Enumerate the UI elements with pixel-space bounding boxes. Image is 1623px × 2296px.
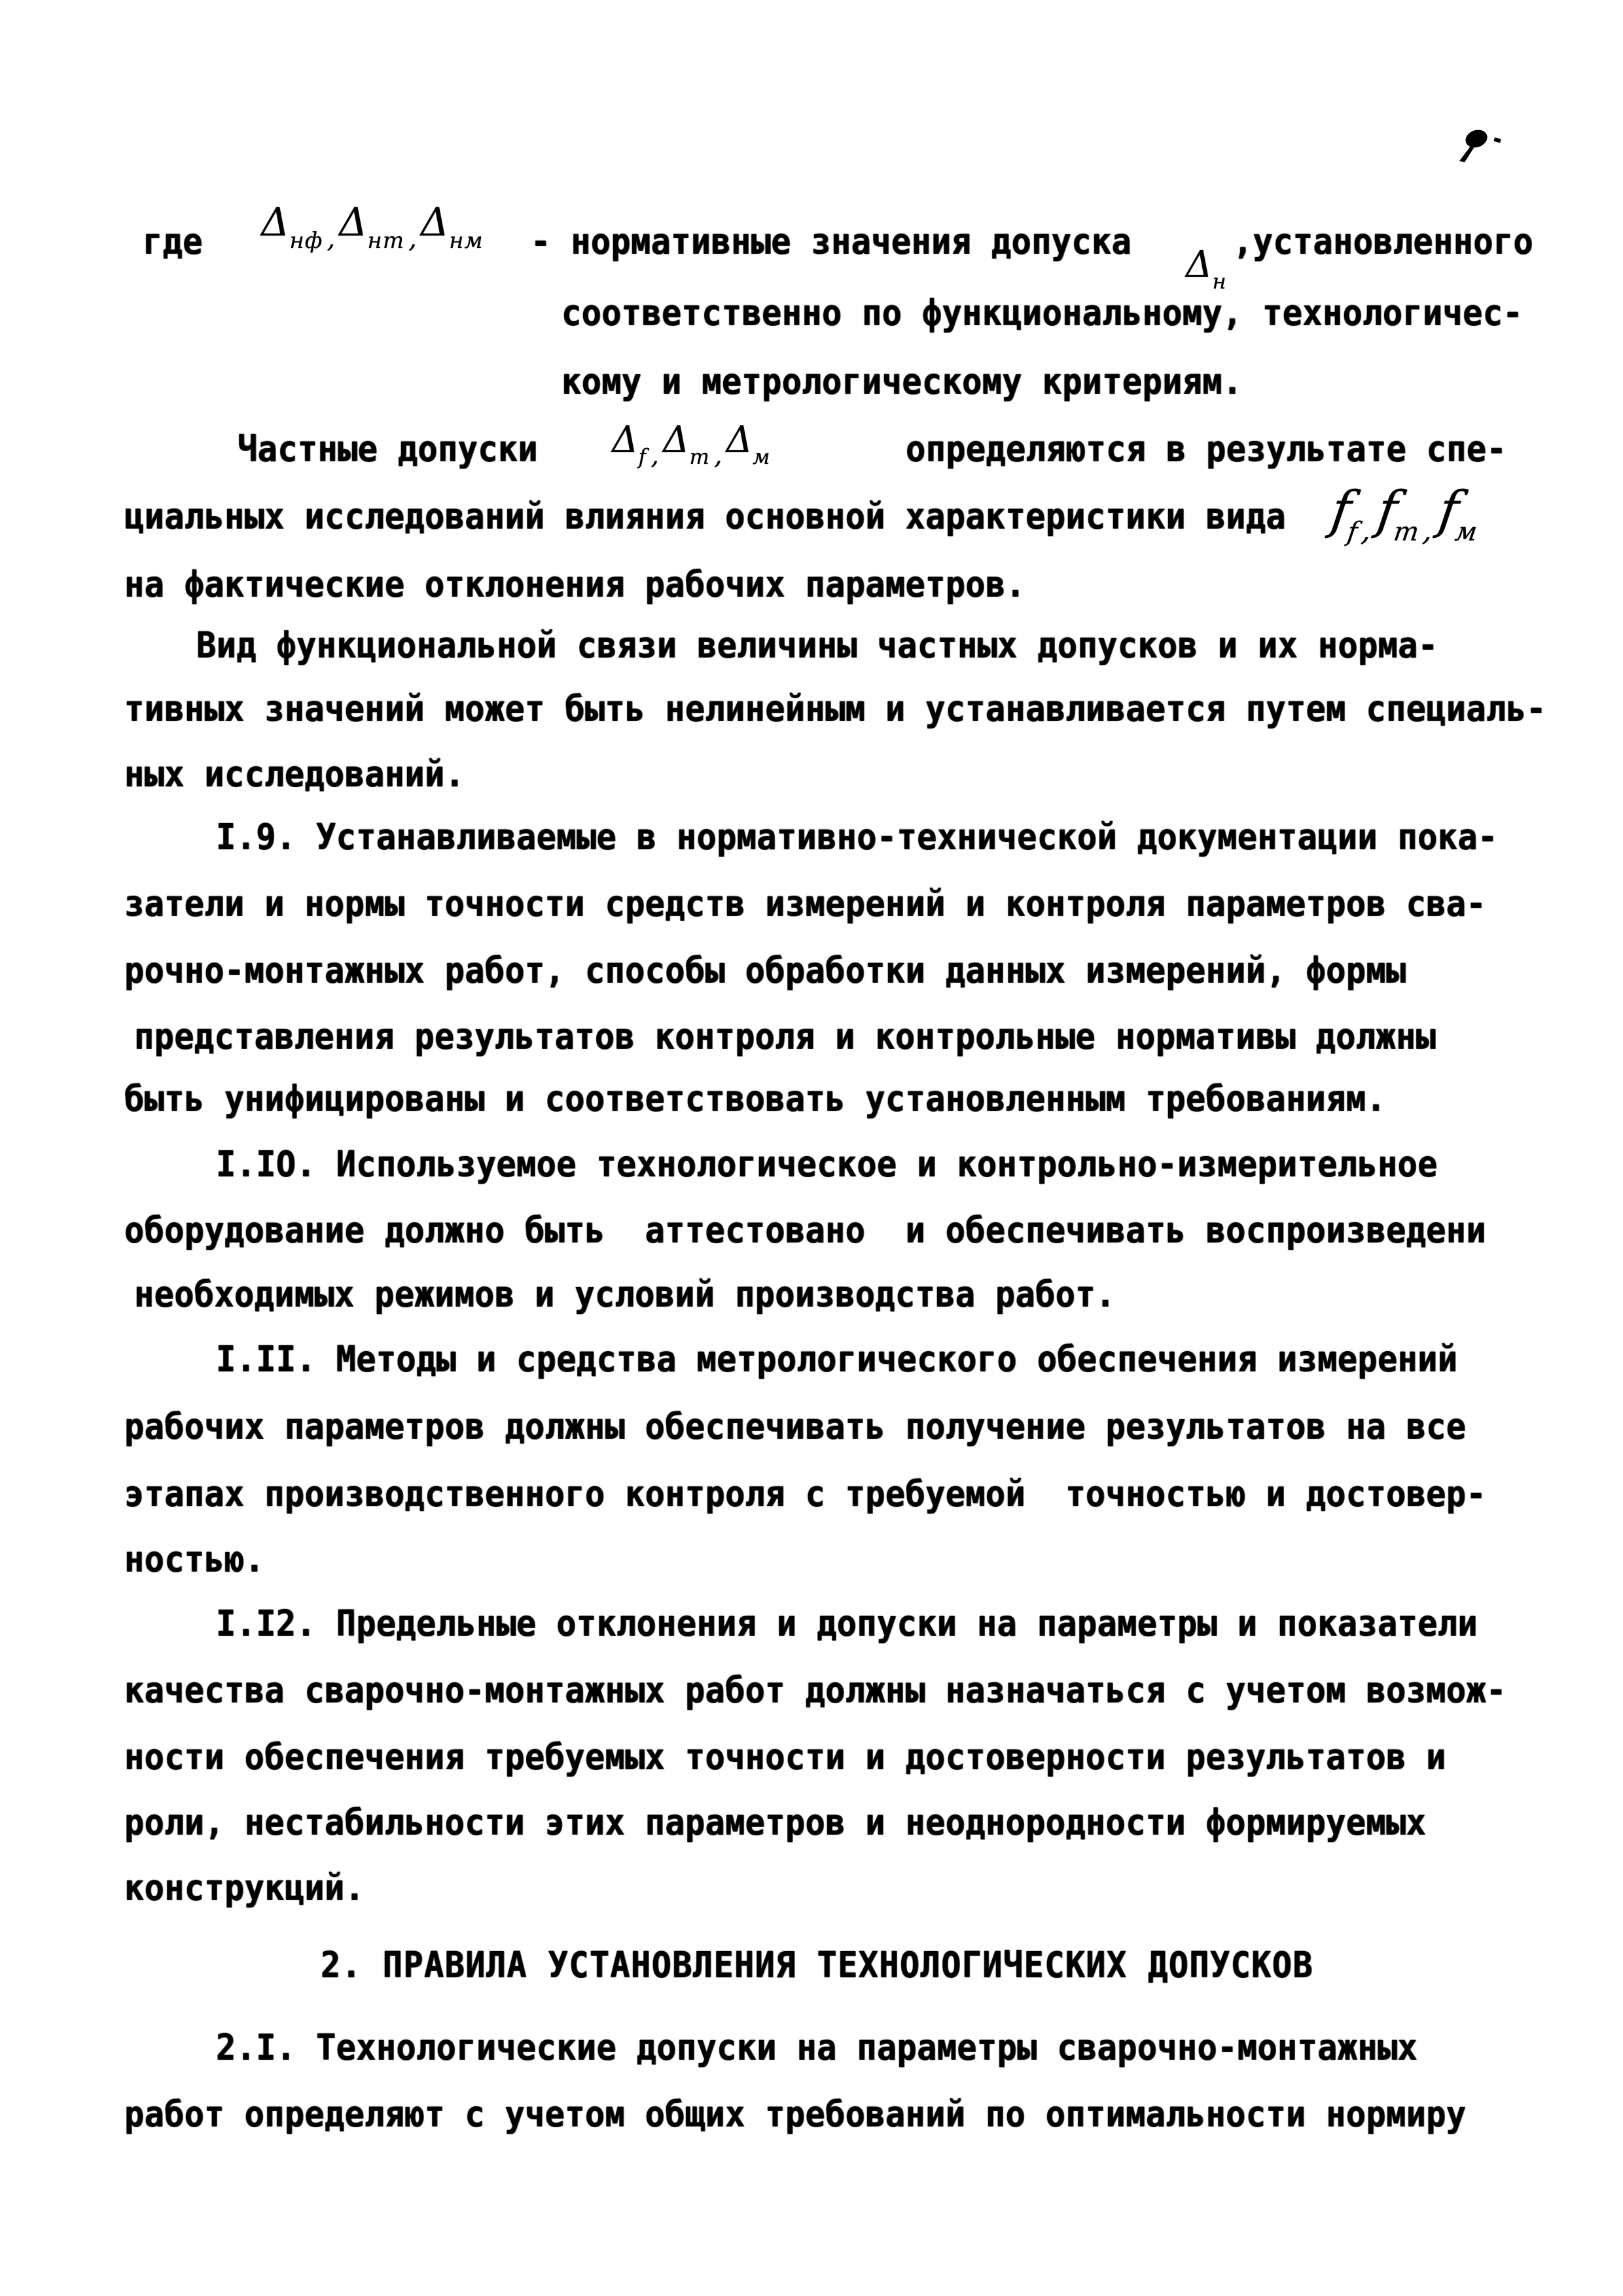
subscript-n: н: [1212, 269, 1226, 294]
delta-symbol: Δ: [612, 419, 638, 461]
text-line: роли, нестабильности этих параметров и н…: [124, 1802, 1426, 1843]
text-line: ных исследований.: [124, 754, 465, 795]
subscript-m: м: [753, 444, 771, 469]
subscript-m: м: [1454, 517, 1480, 547]
subscript-nm: нм: [449, 228, 484, 254]
clause-1-11-line: I.II. Методы и средства метрологического…: [216, 1339, 1457, 1380]
scanned-document-page: где Δнф,Δнт,Δнм - нормативные значения д…: [0, 0, 1623, 2296]
text-line: циальных исследований влияния основной х…: [124, 496, 1286, 537]
subscript-nt: нт: [367, 228, 404, 254]
text-line: на фактические отклонения рабочих параме…: [124, 564, 1026, 605]
text-line: затели и нормы точности средств измерени…: [124, 883, 1486, 925]
text-line: оборудование должно быть аттестовано и о…: [124, 1210, 1486, 1251]
formula-characteristics-f: ff,fт,fм: [1328, 481, 1485, 540]
text-line: Частные допуски: [238, 429, 538, 470]
delta-symbol: Δ: [1186, 243, 1212, 286]
delta-symbol: Δ: [726, 419, 753, 461]
text-line: ности обеспечения требуемых точности и д…: [124, 1737, 1446, 1778]
clause-1-12-line: I.I2. Предельные отклонения и допуски на…: [216, 1603, 1478, 1644]
delta-symbol: Δ: [261, 200, 289, 245]
subscript-f: f: [638, 444, 647, 469]
pencil-mark-shape: [1452, 123, 1517, 182]
comma: ,: [710, 440, 726, 470]
subscript-nf: нф: [289, 228, 323, 254]
comma: ,: [323, 224, 339, 254]
text-line: рабочих параметров должны обеспечивать п…: [124, 1406, 1466, 1447]
comma: ,: [647, 440, 663, 470]
clause-1-9-line: I.9. Устанавливаемые в нормативно-технич…: [216, 817, 1498, 858]
text-line: Вид функциональной связи величины частны…: [196, 625, 1438, 666]
text-line: необходимых режимов и условий производст…: [134, 1274, 1116, 1315]
text-line: качества сварочно-монтажных работ должны…: [124, 1670, 1507, 1711]
formula-private-tolerances: Δf,Δт,Δм: [612, 419, 771, 461]
text-line: - нормативные значения допуска: [531, 221, 1132, 262]
clause-1-10-line: I.IO. Используемое технологическое и кон…: [216, 1144, 1438, 1185]
text-line: рочно-монтажных работ, способы обработки…: [124, 950, 1406, 991]
text-line: определяются в результате спе-: [906, 429, 1507, 470]
formula-normative-tolerances: Δнф,Δнт,Δнм: [261, 200, 484, 245]
pencil-mark: [1452, 123, 1517, 182]
text-line: ностью.: [124, 1539, 264, 1580]
text-line: этапах производственного контроля с треб…: [124, 1474, 1486, 1515]
text-line: быть унифицированы и соответствовать уст…: [124, 1078, 1386, 1120]
text-line: конструкций.: [124, 1867, 365, 1909]
text-line: представления результатов контроля и кон…: [134, 1016, 1436, 1057]
subscript-t: т: [1392, 517, 1421, 547]
text-line: ,установленного: [1233, 221, 1533, 262]
text-line: соответственно по функциональному, техно…: [562, 292, 1523, 334]
text-line: кому и метрологическому критериям.: [562, 361, 1243, 402]
delta-symbol: Δ: [421, 200, 449, 245]
subscript-t: т: [689, 444, 709, 469]
where-label: где: [143, 221, 203, 262]
comma: ,: [404, 224, 421, 254]
delta-symbol: Δ: [339, 200, 367, 245]
text-line: работ определяют с учетом общих требован…: [124, 2094, 1466, 2135]
formula-tolerance-n: Δн: [1186, 243, 1227, 286]
clause-2-1-line: 2.I. Технологические допуски на параметр…: [216, 2027, 1418, 2068]
delta-symbol: Δ: [663, 419, 689, 461]
section-2-heading: 2. ПРАВИЛА УСТАНОВЛЕНИЯ ТЕХНОЛОГИЧЕСКИХ …: [321, 1945, 1313, 1986]
text-line: тивных значений может быть нелинейным и …: [124, 688, 1546, 730]
